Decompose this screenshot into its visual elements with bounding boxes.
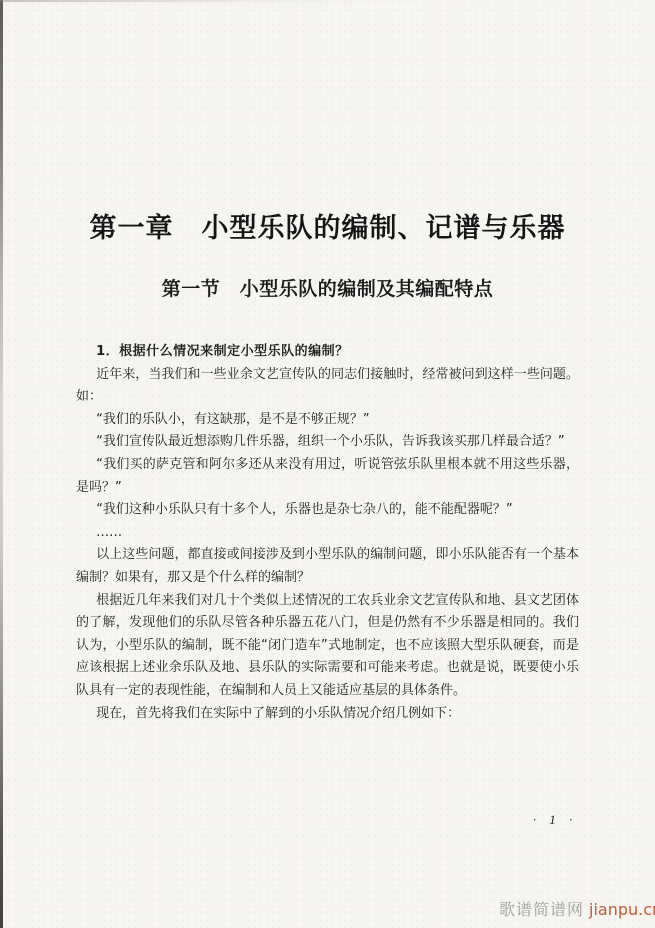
paragraph: 以上这些问题，都直接或间接涉及到小型乐队的编制问题，即小乐队能否有一个基本编制？… [76, 544, 579, 589]
numbered-question-heading: 1．根据什么情况来制定小型乐队的编制？ [76, 341, 579, 364]
paragraph: 现在，首先将我们在实际中了解到的小乐队情况介绍几例如下： [76, 703, 579, 726]
scanned-book-page: 第一章 小型乐队的编制、记谱与乐器 第一节 小型乐队的编制及其编配特点 1．根据… [0, 0, 655, 928]
watermark: 歌谱简谱网jianpu.cn [499, 897, 655, 920]
paragraph-quote: “我们的乐队小，有这缺那，是不是不够正规？” [76, 409, 579, 432]
paragraph: 近年来，当我们和一些业余文艺宣传队的同志们接触时，经常被问到这样一些问题。如： [76, 364, 579, 409]
paragraph-quote: “我们这种小乐队只有十多个人，乐器也是杂七杂八的，能不能配器呢？” [76, 499, 579, 522]
page-number: · 1 · [505, 812, 605, 828]
chapter-title: 第一章 小型乐队的编制、记谱与乐器 [0, 206, 655, 245]
watermark-site-url: jianpu.cn [589, 900, 655, 919]
paragraph: 根据近几年来我们对几十个类似上述情况的工农兵业余文艺宣传队和地、县文艺团体的了解… [76, 590, 579, 703]
watermark-site-name: 歌谱简谱网 [499, 900, 584, 919]
section-title: 第一节 小型乐队的编制及其编配特点 [0, 274, 655, 301]
scan-edge-shadow [0, 0, 3, 928]
body-text: 1．根据什么情况来制定小型乐队的编制？ 近年来，当我们和一些业余文艺宣传队的同志… [76, 341, 579, 725]
paragraph-quote: “我们宣传队最近想添购几件乐器，组织一个小乐队，告诉我该买那几样最合适？” [76, 431, 579, 454]
paragraph-ellipsis: …… [76, 522, 579, 545]
scan-top-shadow [0, 0, 655, 2]
paragraph-quote: “我们买的萨克管和阿尔多还从来没有用过，听说管弦乐队里根本就不用这些乐器，是吗？… [76, 454, 579, 499]
